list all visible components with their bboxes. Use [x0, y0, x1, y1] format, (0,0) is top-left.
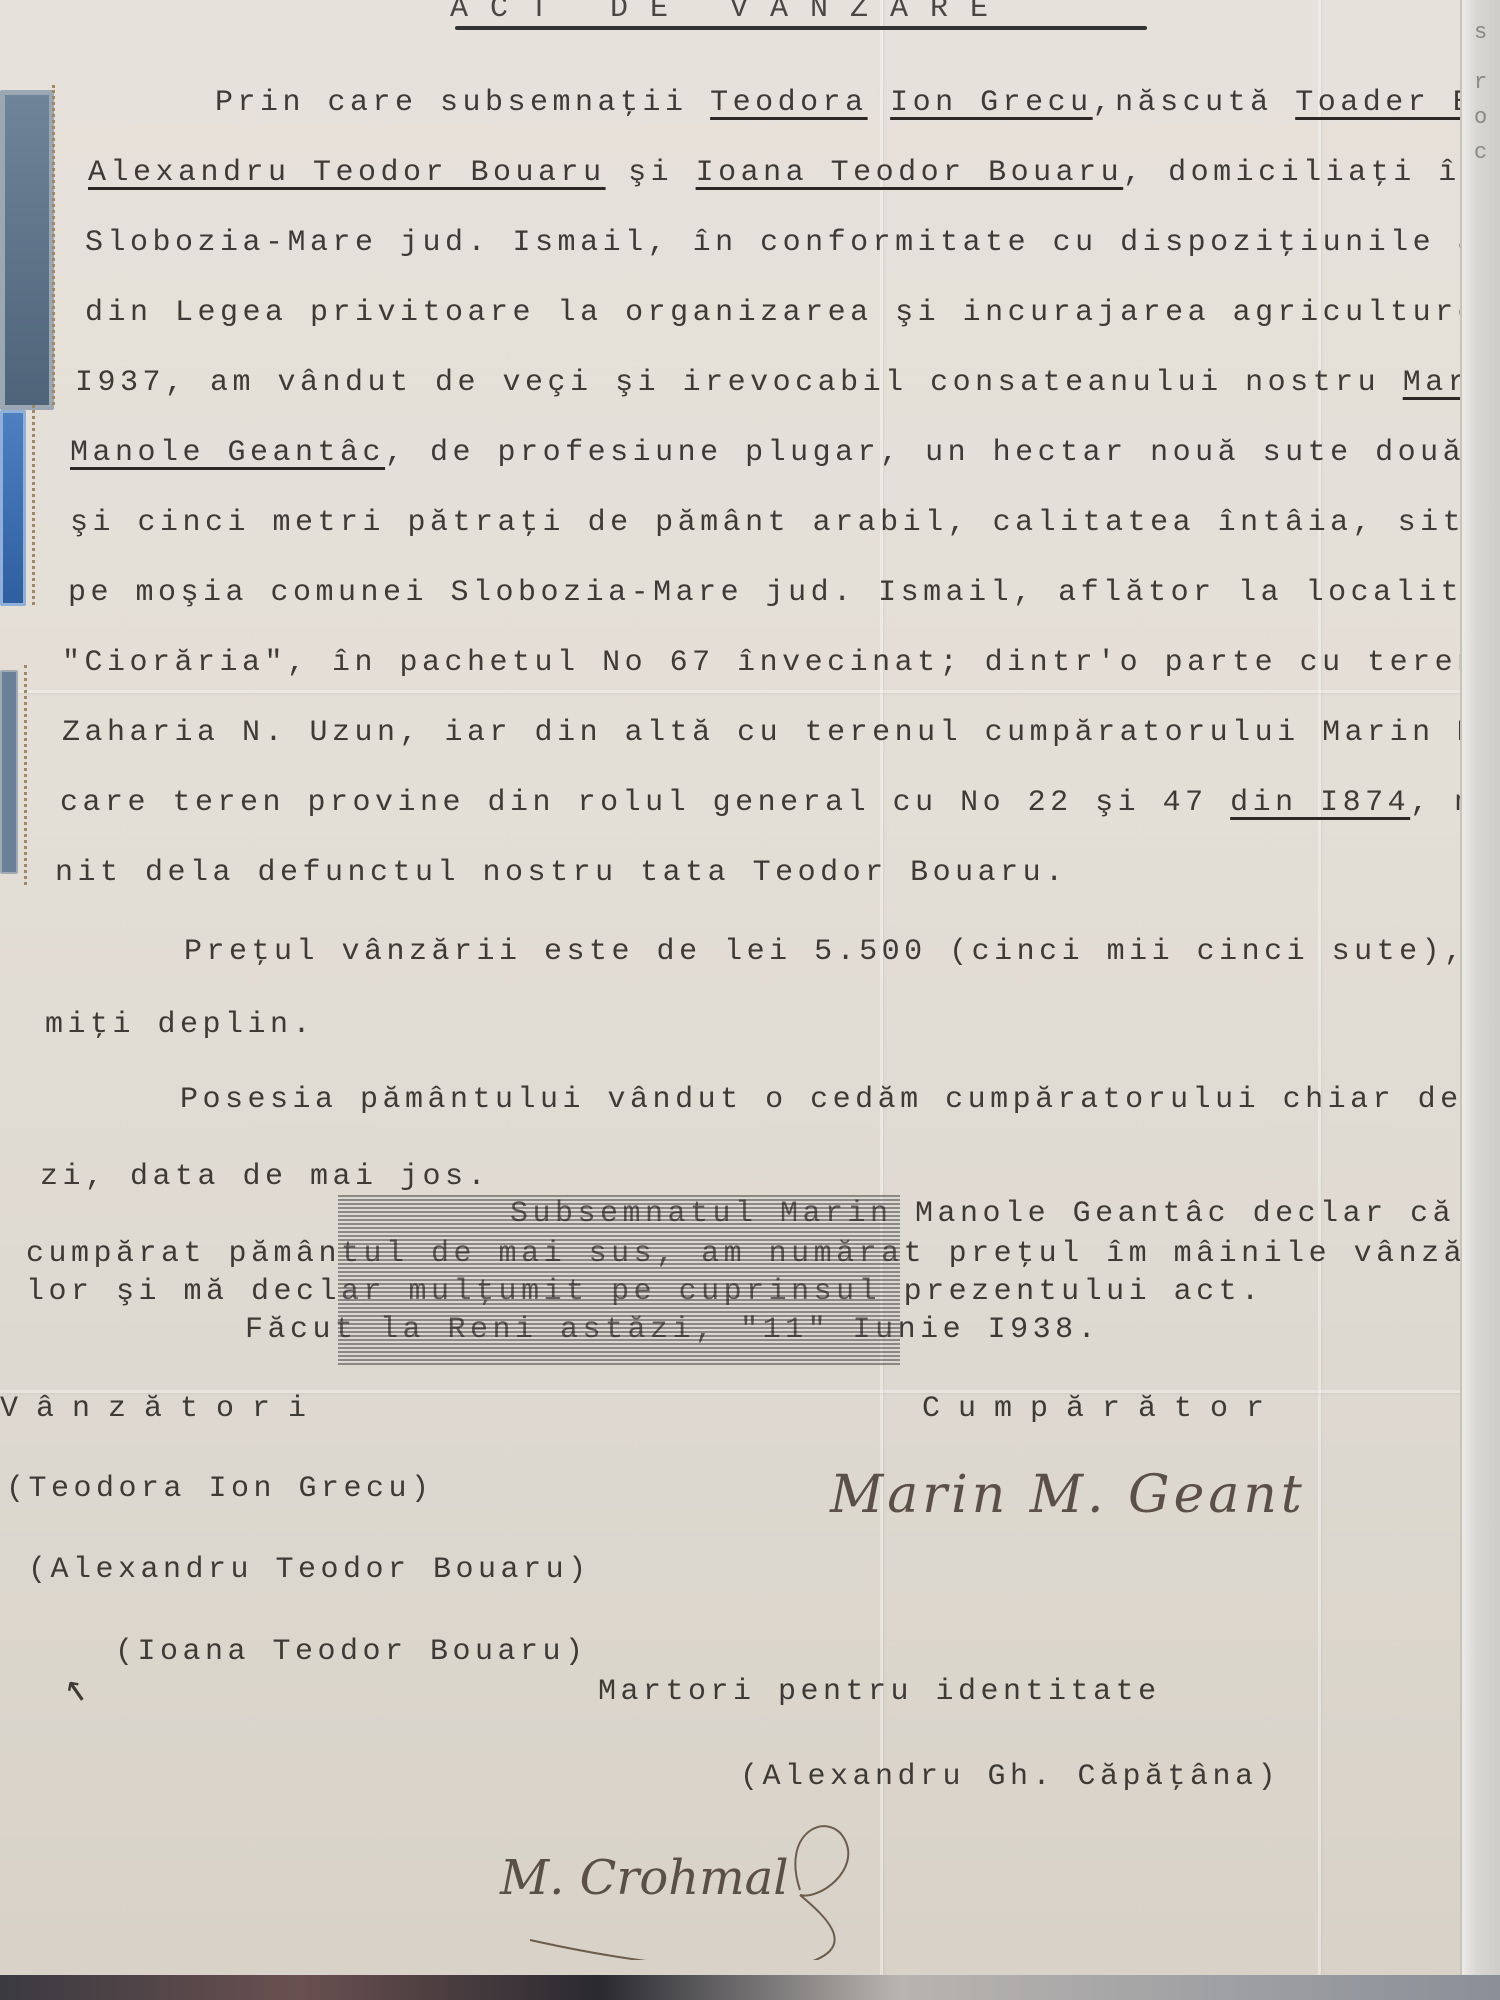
text-segment: nit dela defunctul nostru tata Teodor Bo…	[55, 856, 1068, 890]
text-segment: ,născută	[1093, 86, 1296, 120]
body-line: Manole Geantâc, de profesiune plugar, un…	[70, 436, 1462, 470]
revenue-stamp-blue	[0, 410, 26, 606]
stamp-perforation	[32, 405, 41, 605]
text-segment: Prin care subsemnaţii	[215, 86, 710, 120]
body-line: Alexandru Teodor Bouaru şi Ioana Teodor …	[88, 156, 1462, 190]
text-segment: I937, am vândut de veçi şi irevocabil co…	[75, 366, 1403, 400]
revenue-stamp-gray	[0, 90, 54, 410]
body-line: şi cinci metri pătraţi de pământ arabil,…	[70, 506, 1462, 540]
possession-line-2: zi, data de mai jos.	[40, 1160, 490, 1194]
document-title: ACT DE VÂNZARE	[450, 0, 1010, 26]
adjacent-page-text: c	[1474, 140, 1487, 165]
revenue-stamp-gray-2	[0, 670, 18, 874]
body-line: pe moşia comunei Slobozia-Mare jud. Isma…	[68, 576, 1462, 610]
witness-signature-flourish	[500, 1800, 920, 1960]
text-segment	[868, 86, 891, 120]
text-segment: , domiciliaţi în comu	[1123, 156, 1462, 190]
buyer-signature: Marin M. Geant	[830, 1465, 1306, 1525]
text-segment: "Ciorăria", în pachetul No 67 învecinat;…	[62, 646, 1462, 680]
body-line: I937, am vândut de veçi şi irevocabil co…	[75, 366, 1462, 400]
background-below-page	[0, 1975, 1500, 2000]
adjacent-page-text: r	[1474, 70, 1487, 95]
underlined-name: Alexandru Teodor Bouaru	[88, 156, 606, 190]
text-segment: care teren provine din rolul general cu …	[60, 786, 1230, 820]
underlined-name: Ion Grecu	[890, 86, 1093, 120]
possession-line-1: Posesia pământului vândut o cedăm cumpăr…	[180, 1083, 1462, 1117]
underlined-name: Toader Bouar	[1295, 86, 1462, 120]
adjacent-page-text: s	[1474, 20, 1487, 45]
body-line: Zaharia N. Uzun, iar din altă cu terenul…	[62, 716, 1462, 750]
body-line: care teren provine din rolul general cu …	[60, 786, 1462, 820]
seller-name-3: (Ioana Teodor Bouaru)	[115, 1635, 588, 1669]
text-segment: Zaharia N. Uzun, iar din altă cu terenul…	[62, 716, 1462, 750]
underlined-name: Manole Geantâc	[70, 436, 385, 470]
adjacent-page-text: o	[1474, 105, 1487, 130]
seller-name-2: (Alexandru Teodor Bouaru)	[28, 1553, 591, 1587]
body-line: "Ciorăria", în pachetul No 67 învecinat;…	[62, 646, 1462, 680]
body-line: nit dela defunctul nostru tata Teodor Bo…	[55, 856, 1068, 890]
seller-thumb-mark-icon: ↗	[57, 1672, 95, 1706]
body-line: Prin care subsemnaţii Teodora Ion Grecu,…	[215, 86, 1462, 120]
text-segment: pe moşia comunei Slobozia-Mare jud. Isma…	[68, 576, 1462, 610]
price-line-2: miţi deplin.	[45, 1008, 315, 1042]
body-line: Slobozia-Mare jud. Ismail, în conformita…	[85, 226, 1462, 260]
price-line-1: Preţul vânzării este de lei 5.500 (cinci…	[184, 935, 1462, 969]
underlined-name: Teodora	[710, 86, 868, 120]
text-segment: din Legea privitoare la organizarea şi i…	[85, 296, 1462, 330]
adjacent-page-edge: s r o c	[1460, 0, 1500, 1975]
text-segment: şi cinci metri pătraţi de pământ arabil,…	[70, 506, 1462, 540]
witnesses-heading: Martori pentru identitate	[598, 1675, 1161, 1709]
document-page: ACT DE VÂNZARE Prin care subsemnaţii Teo…	[0, 0, 1462, 1975]
seller-name-1: (Teodora Ion Grecu)	[6, 1472, 434, 1506]
underlined-name: Marin	[1403, 366, 1462, 400]
stamp-perforation	[24, 665, 33, 885]
underlined-name: din I874	[1230, 786, 1410, 820]
body-line: din Legea privitoare la organizarea şi i…	[85, 296, 1462, 330]
witness-name-1: (Alexandru Gh. Căpăţâna)	[740, 1760, 1280, 1794]
text-segment: , de profesiune plugar, un hectar nouă s…	[385, 436, 1462, 470]
title-underline	[455, 26, 1147, 30]
stamp-perforation	[52, 85, 61, 405]
sellers-heading: Vânzători	[0, 1392, 324, 1426]
underlined-name: Ioana Teodor Bouaru	[696, 156, 1124, 190]
buyer-heading: Cumpărător	[922, 1392, 1282, 1426]
text-segment: , moşte	[1410, 786, 1462, 820]
text-segment: şi	[606, 156, 696, 190]
text-segment: Slobozia-Mare jud. Ismail, în conformita…	[85, 226, 1462, 260]
fold-crease-horizontal	[0, 690, 1462, 693]
fiscal-stamp-overlay	[338, 1195, 900, 1367]
